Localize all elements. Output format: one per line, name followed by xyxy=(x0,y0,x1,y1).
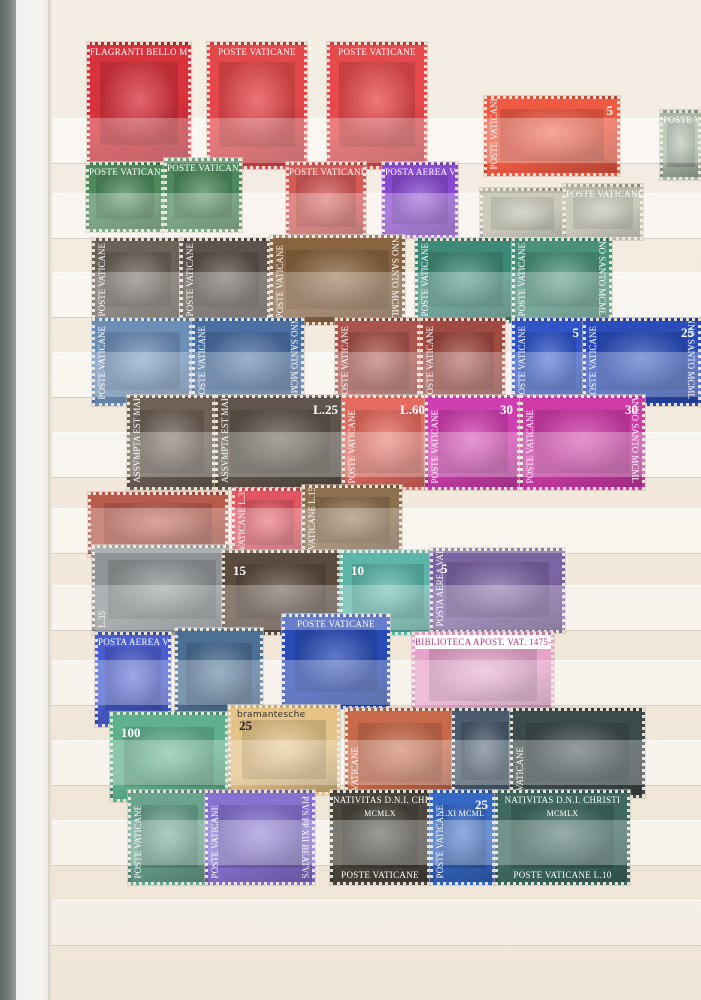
stamp-vignette xyxy=(392,175,448,224)
stamp-vignette xyxy=(206,332,291,389)
stamp-denomination: 25 xyxy=(681,325,694,341)
stamp-vignette xyxy=(104,332,179,389)
stamp: POSTE VATICANEANNO SANTO MCML30 xyxy=(520,395,645,490)
stamp-vignette xyxy=(597,332,687,389)
stamp-denomination: 10 xyxy=(351,563,364,579)
stamp-label: POSTA AEREA VATICANA xyxy=(385,167,455,177)
stamp-label: POSTE VATICANE xyxy=(289,167,363,177)
stamp-vignette xyxy=(314,497,389,543)
stamp-side-label: PIVS PP XII BEATVS xyxy=(300,796,310,878)
stamp: POSTE VATICANE30 xyxy=(425,395,520,490)
stamp: POSTE VATICANE xyxy=(415,238,515,323)
stamp-denomination: 100 xyxy=(121,725,141,741)
stamp-label: POSTE VATICANE xyxy=(285,619,387,629)
stamp: POSTE VATICANEANNO SANTO MCML25 xyxy=(583,318,701,406)
stamp-side-label: POSTE VATICANE xyxy=(420,243,430,316)
stamp-side-label: POSTE VATICANE xyxy=(275,245,285,318)
stamp: POSTE VATICANE xyxy=(164,158,242,232)
stamp: POSTE VATICANEANNO SANTO MCML xyxy=(192,318,304,406)
stamp-side-label: POSTE VATICANE xyxy=(489,96,499,169)
stamp: POSTE VATICANE1.XI MCML25 xyxy=(430,790,495,885)
stamp-denomination: 30 xyxy=(500,402,513,418)
stamp-side-label: POSTE VATICANE xyxy=(210,805,220,878)
stamp-vignette xyxy=(667,122,695,167)
stamp-vignette xyxy=(286,250,389,309)
stamp-vignette xyxy=(535,410,630,472)
stamp: NATIVITAS D.N.I. CHRISTIMCMLXPOSTE VATIC… xyxy=(495,790,630,885)
stamp: POSTE VATICANE xyxy=(180,238,270,323)
stamp: NATIVITAS D.N.I. CHRISTIMCMLXPOSTE VATIC… xyxy=(330,790,430,885)
stamp-vignette xyxy=(500,109,604,161)
stamp-vignette xyxy=(103,252,170,307)
stamp: POSTE VATICANEPIVS PP XII BEATVS xyxy=(205,790,315,885)
stamp-side-label: POSTE VATICANE xyxy=(588,326,598,399)
album-binding xyxy=(0,0,16,1000)
stamp: POSTE VATICANE xyxy=(420,318,505,406)
stamp-vignette xyxy=(573,194,632,229)
stamp-label: NATIVITAS D.N.I. CHRISTI xyxy=(333,795,427,805)
stamp-label: POSTE VATICANE xyxy=(330,47,424,57)
stamp-vignette xyxy=(358,723,441,782)
stamp-vignette xyxy=(491,197,554,229)
stamp: POSTE VATICANE xyxy=(86,162,164,232)
stamp-denomination: 25 xyxy=(475,797,488,813)
stamp-side-label: POSTE VATICANE xyxy=(133,805,143,878)
stamp-label: POSTE VATICANE xyxy=(663,115,698,125)
stamp-side-label: POSTE VATICANE xyxy=(517,243,527,316)
stamp: 100 xyxy=(110,712,228,802)
stamp: POSTE VATICANE xyxy=(286,162,366,242)
stamp: POSTE VATICANE xyxy=(207,42,307,169)
album-strip xyxy=(52,900,701,946)
stamp: POSTE VATICANEANNO SANTO MCML xyxy=(512,238,612,323)
stamp-label: FLAGRANTI BELLO MISERENTES SEPTEM TYRANN… xyxy=(90,47,188,57)
stamp-side-label: POSTE VATICANE xyxy=(340,326,350,399)
stamp: POSTE VATICANE xyxy=(335,318,420,406)
stamp-vignette xyxy=(100,62,178,145)
stamp-side-label: POSTE VATICANE xyxy=(197,326,207,399)
stamp: POSTA AEREA VATICANA xyxy=(382,162,458,238)
stamp-sublabel: MCMLX xyxy=(498,809,627,818)
stamp-vignette xyxy=(242,500,295,545)
stamp-label: BIBLIOTECA APOST. VAT. 1475-1975 xyxy=(415,635,551,649)
stamp: VATICANE xyxy=(345,708,455,798)
stamp-side-label: POSTE VATICANE xyxy=(430,410,440,483)
stamp: ASSVMPTA EST MARIA IN COELVML.25 xyxy=(215,395,345,490)
stamp-vignette xyxy=(339,62,414,147)
margin-edge xyxy=(48,0,50,1000)
stamp: VATICANE xyxy=(510,708,645,798)
stamp: POSTE VATICANE5 xyxy=(484,96,620,176)
stamp-side-label: POSTE VATICANE xyxy=(185,243,195,316)
stamp-side-label: ASSVMPTA EST MARIA IN COELVM xyxy=(220,395,230,483)
stamp-side-label: POSTE VATICANE xyxy=(525,410,535,483)
stamp-side-label: ANNO SANTO MCML xyxy=(289,318,299,399)
stamp-bottom-label: POSTE VATICANE xyxy=(333,870,427,880)
stamp-label: POSTE VATICANE xyxy=(210,47,304,57)
stamp-side-label: VATICANE L.35 xyxy=(237,488,247,551)
stamp: FLAGRANTI BELLO MISERENTES SEPTEM TYRANN… xyxy=(87,42,191,167)
stamp-denomination: 5 xyxy=(573,325,580,341)
stamp-side-label: POSTA AEREA VATICANA xyxy=(435,548,445,626)
stamp-side-label: POSTE VATICANE xyxy=(425,326,435,399)
stamp: POSTE VATICANE xyxy=(128,790,208,885)
stamp-side-label: POSTE VATICANE xyxy=(97,243,107,316)
stamp: POSTE VATICANE xyxy=(660,110,701,180)
stamp-vignette xyxy=(108,560,215,619)
stamp-side-label: VATICANE L.15 xyxy=(307,487,317,550)
stamp-side-label: ANNO SANTO MCML xyxy=(390,235,400,318)
stamp-denomination: 25 xyxy=(239,718,252,734)
stamp: POSTE VATICANEANNO SANTO MCML xyxy=(270,235,405,325)
stamp-label: bramantesche xyxy=(237,710,337,720)
stamp-vignette xyxy=(219,62,294,147)
stamp-vignette xyxy=(236,564,326,619)
stamp: L.35 xyxy=(92,545,232,635)
stamp-side-label: ANNO SANTO MCML xyxy=(597,238,607,316)
stamp-vignette xyxy=(446,562,549,617)
stamp-vignette xyxy=(105,647,161,709)
stamp: VATICANE L.35 xyxy=(232,488,304,558)
stamp xyxy=(452,708,517,796)
stamp-vignette xyxy=(429,646,538,701)
stamp: POSTE VATICANE5 xyxy=(512,318,586,406)
stamp-denomination: L.60 xyxy=(400,402,425,418)
stamp-vignette xyxy=(242,720,327,779)
stamp-vignette xyxy=(524,252,599,307)
stamp-vignette xyxy=(427,252,502,307)
stamp-vignette xyxy=(96,174,154,219)
stamp-vignette xyxy=(461,722,508,779)
stamp-label: NATIVITAS D.N.I. CHRISTI xyxy=(498,795,627,805)
stamp: POSTE VATICANEL.60 xyxy=(342,395,432,490)
stamp-denomination: L.25 xyxy=(313,402,338,418)
stamp-sublabel: MCMLX xyxy=(333,809,427,818)
stamp: POSTE VATICANE xyxy=(92,318,192,406)
album-margin xyxy=(16,0,52,1000)
stamp-bottom-label: POSTE VATICANE L.10 xyxy=(498,870,627,880)
stamp-label: POSTE VATICANE xyxy=(167,163,239,173)
stamp-denomination: 5 xyxy=(607,103,614,119)
stamp-denomination: 5 xyxy=(441,561,448,577)
stamp-vignette xyxy=(218,805,301,867)
stamp-side-label: ASSVMPTA EST MARIA IN COELVM xyxy=(132,395,142,483)
stamp: ASSVMPTA EST MARIA IN COELVM xyxy=(127,395,215,490)
stamp: POSTE VATICANE xyxy=(563,184,643,240)
stamp-side-label: L.35 xyxy=(97,611,107,628)
stamp: POSTE VATICANE xyxy=(282,614,390,709)
stamp-label: POSTE VATICANE xyxy=(89,167,161,177)
stamp: VATICANE L.15 xyxy=(302,485,402,557)
stamp-label: POSTA AEREA VATICANA xyxy=(98,637,168,647)
stamp-vignette xyxy=(431,332,494,389)
stamp: BIBLIOTECA APOST. VAT. 1475-1975 xyxy=(412,632,554,717)
stamp-vignette xyxy=(522,332,576,389)
stamp-side-label: POSTE VATICANE xyxy=(97,326,107,399)
stamp-side-label: VATICANE xyxy=(350,747,360,791)
stamp: bramantesche25 xyxy=(228,705,340,795)
stamp xyxy=(480,188,565,240)
stamp-vignette xyxy=(437,410,508,472)
stamp-vignette xyxy=(353,410,420,472)
stamp-side-label: VATICANE xyxy=(515,747,525,791)
stamp-denomination: 30 xyxy=(625,402,638,418)
stamp-vignette xyxy=(174,171,232,219)
stamp-vignette xyxy=(230,410,329,472)
stamp-vignette xyxy=(295,629,377,691)
stamp-vignette xyxy=(191,252,258,307)
stamp-vignette xyxy=(296,175,355,227)
stamp: POSTE VATICANE xyxy=(327,42,427,169)
stamp-vignette xyxy=(138,805,197,867)
stamp: POSTE VATICANE xyxy=(92,238,182,323)
stamp-vignette xyxy=(138,410,204,472)
stamp-vignette xyxy=(346,332,409,389)
stamp-label: POSTE VATICANE xyxy=(566,189,640,199)
stamp: POSTA AEREA VATICANA5 xyxy=(430,548,565,633)
stamp-side-label: POSTE VATICANE xyxy=(517,326,527,399)
stamp-vignette xyxy=(526,723,629,782)
stamp-vignette xyxy=(104,503,211,544)
stamp-denomination: 15 xyxy=(233,563,246,579)
stamp-side-label: POSTE VATICANE xyxy=(347,410,357,483)
stamp-vignette xyxy=(186,643,252,705)
